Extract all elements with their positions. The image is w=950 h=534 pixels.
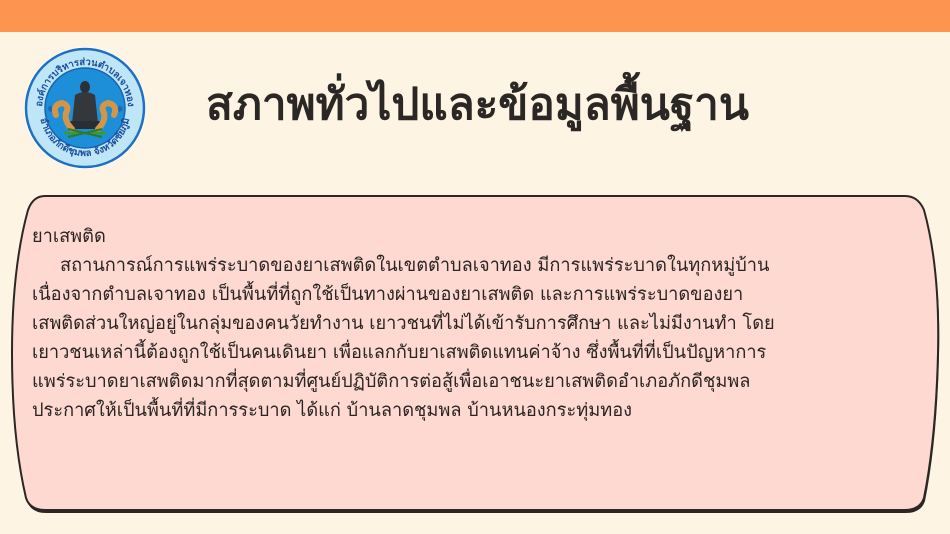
seal-emblem-icon: องค์การบริหารส่วนตำบลเจาทอง อำเภอภักดีชุ… — [22, 45, 148, 171]
paragraph-line: เนื่องจากตำบลเจาทอง เป็นพื้นที่ที่ถูกใช้… — [32, 280, 932, 309]
organization-logo: องค์การบริหารส่วนตำบลเจาทอง อำเภอภักดีชุ… — [22, 45, 148, 171]
content-text-block: ยาเสพติด สถานการณ์การแพร่ระบาดของยาเสพติ… — [32, 222, 932, 425]
paragraph-line: เยาวชนเหล่านี้ต้องถูกใช้เป็นคนเดินยา เพื… — [32, 338, 932, 367]
paragraph-line: แพร่ระบาดยาเสพติดมากที่สุดตามที่ศูนย์ปฏิ… — [32, 367, 932, 396]
page-title: สภาพทั่วไปและข้อมูลพื้นฐาน — [206, 72, 846, 138]
paragraph-line: ประกาศให้เป็นพื้นที่ที่มีการระบาด ได้แก่… — [32, 396, 932, 425]
paragraph-line: สถานการณ์การแพร่ระบาดของยาเสพติดในเขตตำบ… — [32, 251, 932, 280]
paragraph-line: เสพติดส่วนใหญ่อยู่ในกลุ่มของคนวัยทำงาน เ… — [32, 309, 932, 338]
section-heading: ยาเสพติด — [32, 222, 932, 251]
top-accent-bar — [0, 0, 950, 32]
